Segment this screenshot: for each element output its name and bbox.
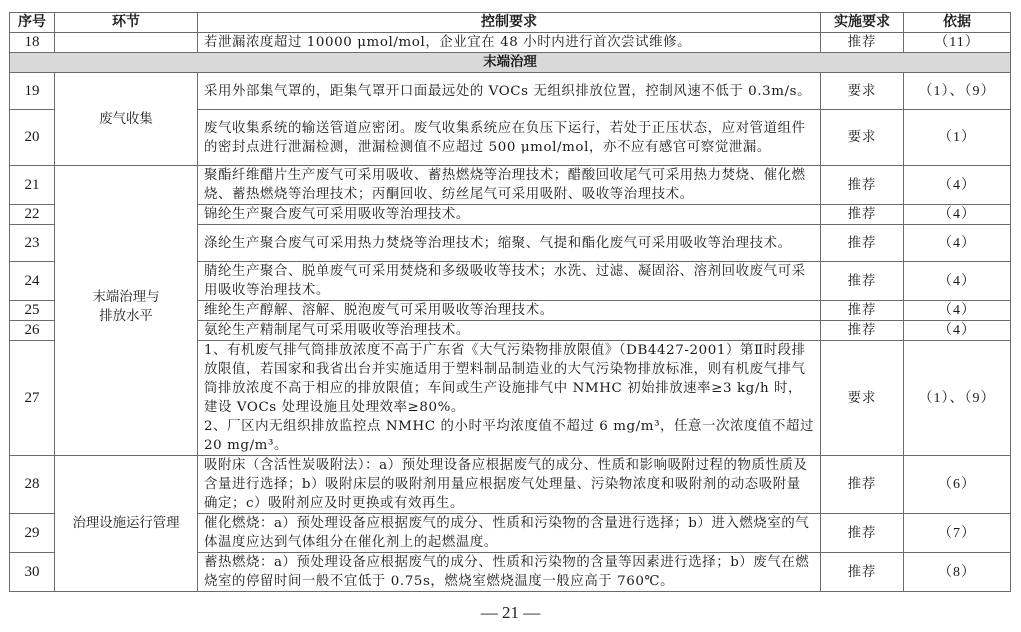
row-implementation: 推荐: [821, 33, 904, 53]
row-requirement: 若泄漏浓度超过 10000 μmol/mol，企业宜在 48 小时内进行首次尝试…: [198, 33, 821, 53]
row-number: 22: [10, 205, 55, 225]
requirement-paragraph-2: 2、厂区内无组织排放监控点 NMHC 的小时平均浓度值不超过 6 mg/m³，任…: [204, 417, 814, 455]
row-number: 18: [10, 33, 55, 53]
row-implementation: 推荐: [821, 553, 904, 592]
row-implementation: 推荐: [821, 262, 904, 301]
row-basis: （4）: [904, 205, 1011, 225]
row-requirement: 涤纶生产聚合废气可采用热力焚烧等治理技术；缩聚、气提和酯化废气可采用吸收等治理技…: [198, 225, 821, 262]
table-row: 28 治理设施运行管理 吸附床（含活性炭吸附法）：a）预处理设备应根据废气的成分…: [10, 456, 1011, 514]
header-basis: 依据: [904, 13, 1011, 33]
row-requirement: 催化燃烧：a）预处理设备应根据废气的成分、性质和污染物的含量进行选择；b）进入燃…: [198, 514, 821, 553]
row-number: 23: [10, 225, 55, 262]
row-number: 20: [10, 110, 55, 166]
row-basis: （4）: [904, 262, 1011, 301]
row-basis: （4）: [904, 166, 1011, 205]
requirement-paragraph-1: 1、有机废气排气筒排放浓度不高于广东省《大气污染物排放限值》（DB4427-20…: [204, 341, 814, 417]
row-number: 27: [10, 341, 55, 456]
row-implementation: 推荐: [821, 456, 904, 514]
row-requirement: 蓄热燃烧：a）预处理设备应根据废气的成分、性质和污染物的含量等因素进行选择；b）…: [198, 553, 821, 592]
control-requirements-table: 序号 环节 控制要求 实施要求 依据 18 若泄漏浓度超过 10000 μmol…: [9, 12, 1011, 592]
row-basis: （8）: [904, 553, 1011, 592]
row-implementation: 要求: [821, 110, 904, 166]
row-basis: （11）: [904, 33, 1011, 53]
group-facility-operation-management: 治理设施运行管理: [55, 456, 198, 592]
row-implementation: 推荐: [821, 166, 904, 205]
row-requirement: 锦纶生产聚合废气可采用吸收等治理技术。: [198, 205, 821, 225]
row-basis: （4）: [904, 225, 1011, 262]
table-header-row: 序号 环节 控制要求 实施要求 依据: [10, 13, 1011, 33]
row-implementation: 推荐: [821, 301, 904, 321]
row-number: 24: [10, 262, 55, 301]
row-basis: （6）: [904, 456, 1011, 514]
row-implementation: 推荐: [821, 514, 904, 553]
table-row: 21 末端治理与排放水平 聚酯纤维醋片生产废气可采用吸收、蓄热燃烧等治理技术；醋…: [10, 166, 1011, 205]
row-implementation: 推荐: [821, 205, 904, 225]
table-row: 18 若泄漏浓度超过 10000 μmol/mol，企业宜在 48 小时内进行首…: [10, 33, 1011, 53]
page-number: — 21 —: [0, 603, 1021, 623]
group-waste-gas-collection: 废气收集: [55, 73, 198, 166]
section-header-row: 末端治理: [10, 53, 1011, 73]
header-requirement: 控制要求: [198, 13, 821, 33]
row-basis: （1）、（9）: [904, 341, 1011, 456]
row-basis: （1）、（9）: [904, 73, 1011, 110]
row-number: 19: [10, 73, 55, 110]
row-number: 29: [10, 514, 55, 553]
row-number: 26: [10, 321, 55, 341]
row-requirement: 1、有机废气排气筒排放浓度不高于广东省《大气污染物排放限值》（DB4427-20…: [198, 341, 821, 456]
row-requirement: 废气收集系统的输送管道应密闭。废气收集系统应在负压下运行，若处于正压状态，应对管…: [198, 110, 821, 166]
row-basis: （1）: [904, 110, 1011, 166]
row-number: 21: [10, 166, 55, 205]
row-number: 30: [10, 553, 55, 592]
row-basis: （4）: [904, 321, 1011, 341]
row-requirement: 氨纶生产精制尾气可采用吸收等治理技术。: [198, 321, 821, 341]
row-requirement: 聚酯纤维醋片生产废气可采用吸收、蓄热燃烧等治理技术；醋酸回收尾气可采用热力焚烧、…: [198, 166, 821, 205]
header-no: 序号: [10, 13, 55, 33]
row-implementation: 推荐: [821, 225, 904, 262]
header-implementation: 实施要求: [821, 13, 904, 33]
row-basis: （4）: [904, 301, 1011, 321]
row-basis: （7）: [904, 514, 1011, 553]
row-implementation: 要求: [821, 341, 904, 456]
group-end-treatment-emission: 末端治理与排放水平: [55, 166, 198, 456]
section-title: 末端治理: [10, 53, 1011, 73]
row-requirement: 采用外部集气罩的，距集气罩开口面最远处的 VOCs 无组织排放位置，控制风速不低…: [198, 73, 821, 110]
header-stage: 环节: [55, 13, 198, 33]
row-number: 25: [10, 301, 55, 321]
table-row: 19 废气收集 采用外部集气罩的，距集气罩开口面最远处的 VOCs 无组织排放位…: [10, 73, 1011, 110]
row-requirement: 吸附床（含活性炭吸附法）：a）预处理设备应根据废气的成分、性质和影响吸附过程的物…: [198, 456, 821, 514]
row-requirement: 维纶生产醇解、溶解、脱泡废气可采用吸收等治理技术。: [198, 301, 821, 321]
row-implementation: 要求: [821, 73, 904, 110]
row-requirement: 腈纶生产聚合、脱单废气可采用焚烧和多级吸收等技术；水洗、过滤、凝固浴、溶剂回收废…: [198, 262, 821, 301]
group-end-treatment-label: 末端治理与排放水平: [86, 288, 166, 326]
row-number: 28: [10, 456, 55, 514]
row-stage: [55, 33, 198, 53]
row-implementation: 推荐: [821, 321, 904, 341]
